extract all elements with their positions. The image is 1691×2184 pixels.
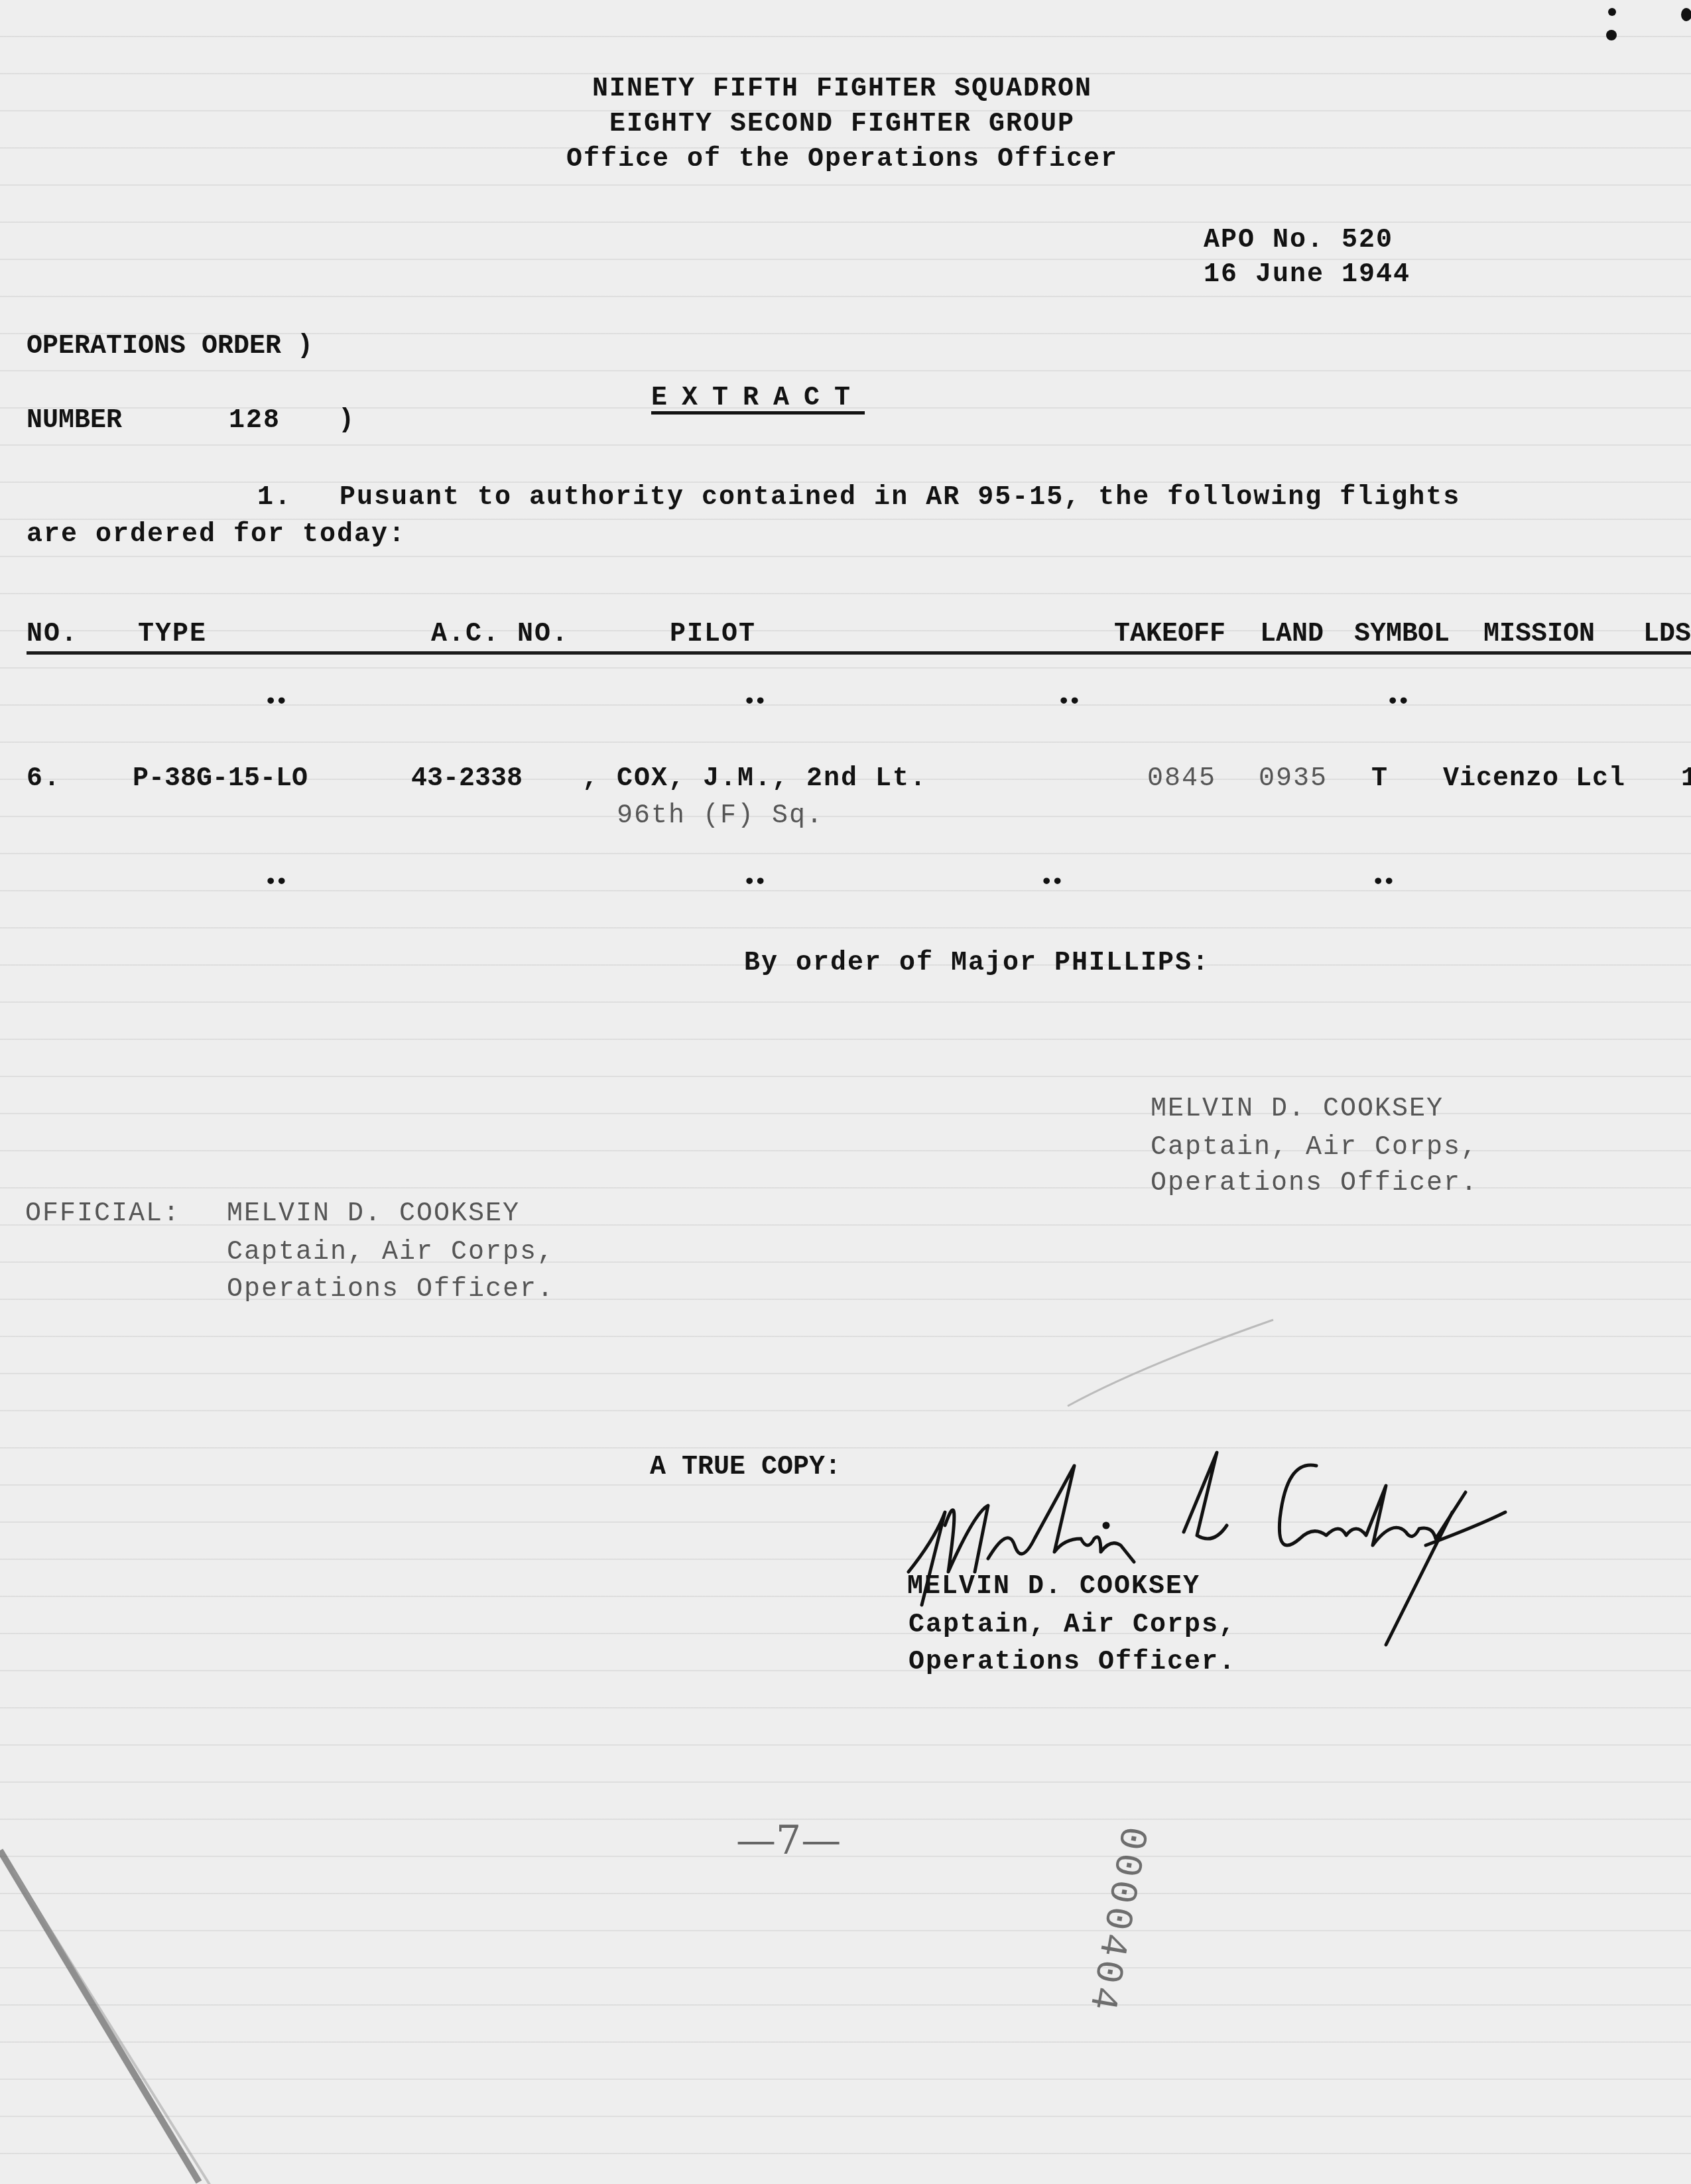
order-label: OPERATIONS ORDER ) (27, 332, 313, 361)
archive-stamp-number: 0000404 (1078, 1823, 1154, 2018)
cell-pilot: , COX, J.M., 2nd Lt. (582, 764, 927, 794)
column-header-ac-no: A.C. NO. (431, 619, 569, 649)
omission-mark: •• (743, 870, 765, 895)
omission-mark: •• (743, 690, 765, 715)
apo-number: APO No. 520 (1204, 225, 1393, 255)
cell-land: 0935 (1259, 764, 1328, 794)
official-label: OFFICIAL: (25, 1199, 180, 1229)
column-header-no: NO. (27, 619, 78, 649)
cell-lds: 1 (1681, 764, 1691, 794)
signatory-rank: Captain, Air Corps, (1151, 1133, 1478, 1163)
cell-type: P-38G-15-LO (133, 764, 308, 794)
omission-mark: •• (1371, 870, 1393, 895)
signatory-title: Operations Officer. (1151, 1169, 1478, 1198)
header-squadron: NINETY FIFTH FIGHTER SQUADRON (544, 74, 1141, 104)
column-header-land: LAND (1260, 619, 1324, 649)
header-office: Office of the Operations Officer (544, 145, 1141, 174)
column-header-pilot: PILOT (670, 619, 756, 649)
authority-line: By order of Major PHILLIPS: (744, 948, 1210, 978)
paragraph-number: 1. (257, 483, 292, 513)
column-header-type: TYPE (138, 619, 207, 649)
cell-no: 6. (27, 764, 61, 794)
faint-stroke-mark (1061, 1313, 1280, 1413)
speck-mark (1606, 30, 1617, 40)
paragraph-line-1: Pusuant to authority contained in AR 95-… (340, 483, 1460, 513)
true-copy-rank: Captain, Air Corps, (908, 1610, 1236, 1640)
column-header-lds: LDS (1643, 619, 1691, 649)
order-number: 128 (229, 406, 281, 436)
omission-mark: •• (1057, 690, 1079, 715)
order-number-bracket: ) (338, 406, 355, 436)
cell-symbol: T (1371, 764, 1389, 794)
signatory-name: MELVIN D. COOKSEY (1151, 1094, 1444, 1124)
omission-mark: •• (264, 690, 286, 715)
header-group: EIGHTY SECOND FIGHTER GROUP (544, 109, 1141, 139)
unit-header: NINETY FIFTH FIGHTER SQUADRON EIGHTY SEC… (544, 74, 1141, 174)
omission-mark: •• (264, 870, 286, 895)
true-copy-title: Operations Officer. (908, 1647, 1236, 1677)
official-title: Operations Officer. (227, 1275, 554, 1305)
omission-mark: •• (1040, 870, 1062, 895)
column-header-symbol: SYMBOL (1354, 619, 1450, 649)
official-name: MELVIN D. COOKSEY (227, 1199, 520, 1229)
header-underline (27, 651, 1691, 655)
handwritten-mark: —7— (736, 1817, 841, 1864)
diagonal-crease-mark (0, 1844, 225, 2184)
speck-mark (1608, 8, 1616, 16)
official-rank: Captain, Air Corps, (227, 1238, 554, 1267)
order-number-label: NUMBER (27, 406, 122, 436)
cell-ac-no: 43-2338 (411, 764, 523, 794)
column-header-mission: MISSION (1483, 619, 1595, 649)
true-copy-name: MELVIN D. COOKSEY (907, 1572, 1200, 1602)
document-page: NINETY FIFTH FIGHTER SQUADRON EIGHTY SEC… (0, 0, 1691, 2184)
cell-takeoff: 0845 (1147, 764, 1216, 794)
column-header-takeoff: TAKEOFF (1114, 619, 1225, 649)
cell-pilot-unit: 96th (F) Sq. (617, 801, 824, 831)
document-date: 16 June 1944 (1204, 260, 1410, 290)
speck-mark (1681, 8, 1691, 21)
extract-title: EXTRACT (651, 383, 865, 413)
cell-mission: Vicenzo Lcl (1443, 764, 1625, 794)
paragraph-line-2: are ordered for today: (27, 520, 406, 550)
true-copy-label: A TRUE COPY: (650, 1452, 841, 1482)
omission-mark: •• (1386, 690, 1408, 715)
